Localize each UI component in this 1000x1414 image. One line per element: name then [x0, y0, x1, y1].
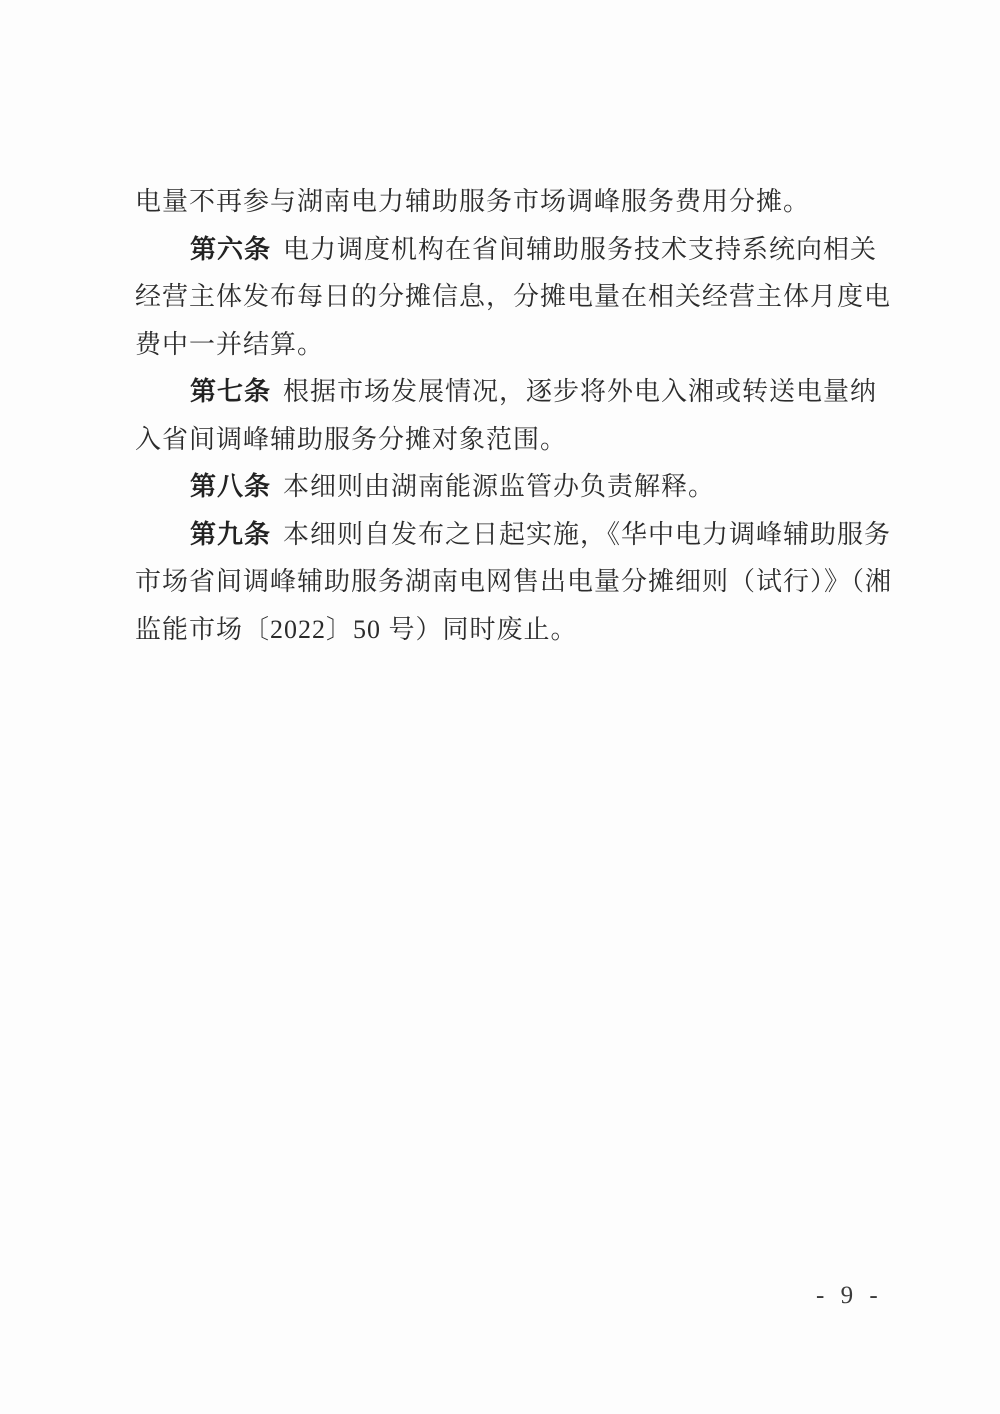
document-line: 监能市场〔2022〕50 号）同时废止。	[135, 606, 875, 654]
body-text: 根据市场发展情况，逐步将外电入湘或转送电量纳	[271, 377, 877, 406]
body-text: 本细则自发布之日起实施，《华中电力调峰辅助服务	[271, 520, 891, 549]
document-line: 第六条电力调度机构在省间辅助服务技术支持系统向相关	[135, 226, 875, 274]
article-number: 第八条	[190, 472, 271, 501]
body-text: 电力调度机构在省间辅助服务技术支持系统向相关	[271, 235, 877, 264]
document-line: 费中一并结算。	[135, 321, 875, 369]
body-text: 经营主体发布每日的分摊信息，分摊电量在相关经营主体月度电	[135, 282, 891, 311]
article-number: 第六条	[190, 235, 271, 264]
body-text: 市场省间调峰辅助服务湖南电网售出电量分摊细则（试行）》（湘	[135, 567, 892, 596]
document-line: 经营主体发布每日的分摊信息，分摊电量在相关经营主体月度电	[135, 273, 875, 321]
body-text: 监能市场〔2022〕50 号）同时废止。	[135, 615, 578, 644]
document-page: 电量不再参与湖南电力辅助服务市场调峰服务费用分摊。第六条电力调度机构在省间辅助服…	[0, 0, 1000, 1414]
body-text: 费中一并结算。	[135, 330, 324, 359]
article-number: 第七条	[190, 377, 271, 406]
article-number: 第九条	[190, 520, 271, 549]
document-line: 电量不再参与湖南电力辅助服务市场调峰服务费用分摊。	[135, 178, 875, 226]
body-text: 本细则由湖南能源监管办负责解释。	[271, 472, 715, 501]
body-text: 入省间调峰辅助服务分摊对象范围。	[135, 425, 567, 454]
document-line: 第九条本细则自发布之日起实施，《华中电力调峰辅助服务	[135, 511, 875, 559]
document-line: 入省间调峰辅助服务分摊对象范围。	[135, 416, 875, 464]
body-text: 电量不再参与湖南电力辅助服务市场调峰服务费用分摊。	[135, 187, 810, 216]
document-body: 电量不再参与湖南电力辅助服务市场调峰服务费用分摊。第六条电力调度机构在省间辅助服…	[135, 178, 875, 653]
document-line: 第八条本细则由湖南能源监管办负责解释。	[135, 463, 875, 511]
page-number: - 9 -	[816, 1281, 883, 1311]
document-line: 市场省间调峰辅助服务湖南电网售出电量分摊细则（试行）》（湘	[135, 558, 875, 606]
document-line: 第七条根据市场发展情况，逐步将外电入湘或转送电量纳	[135, 368, 875, 416]
